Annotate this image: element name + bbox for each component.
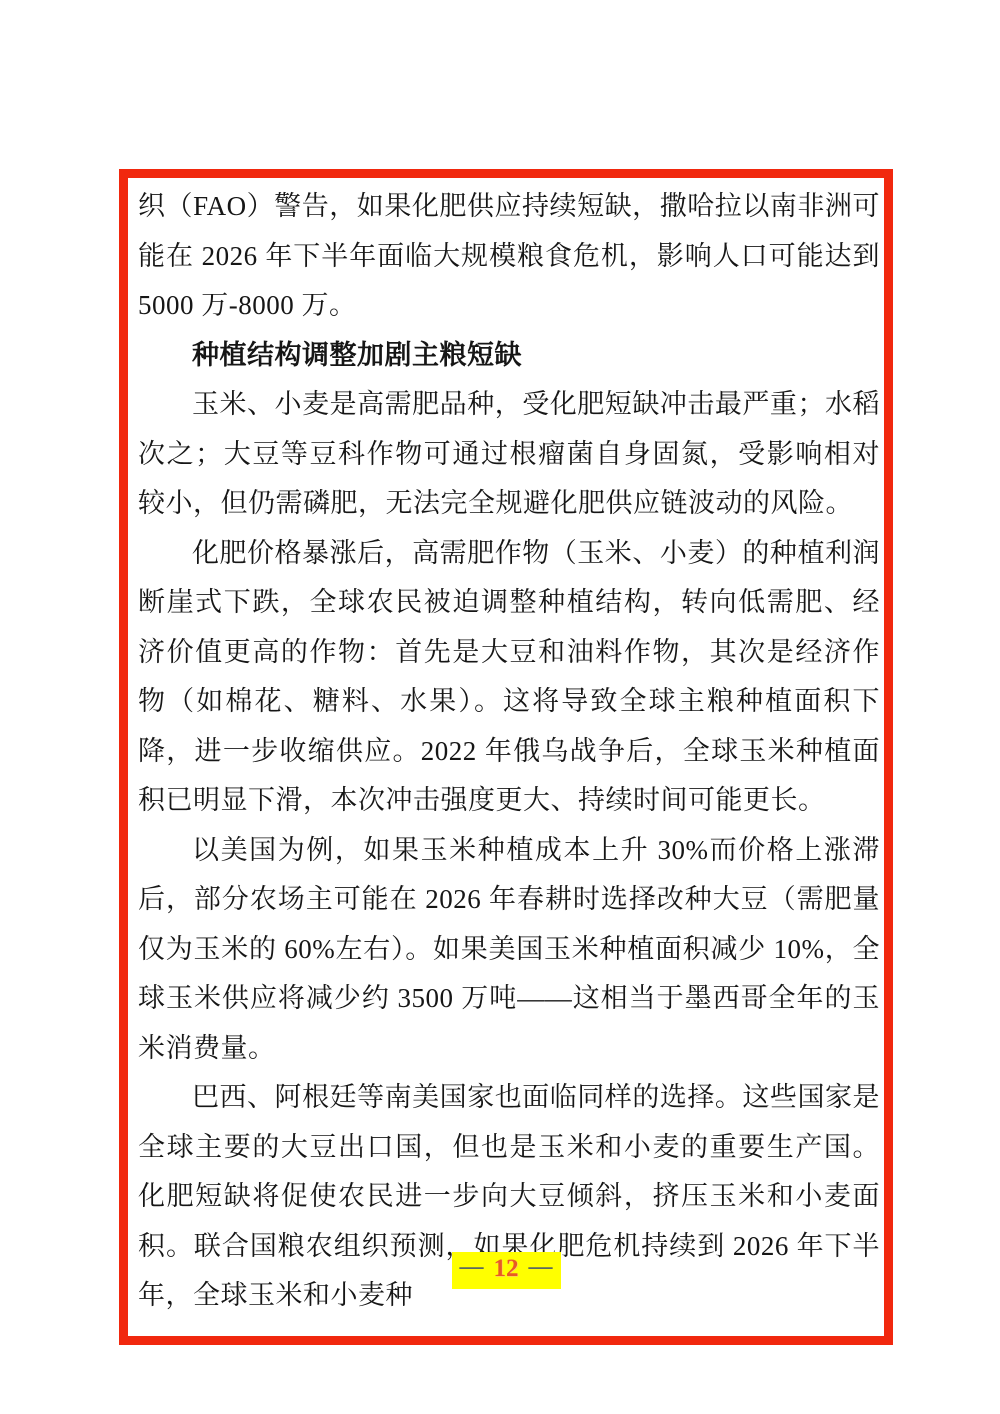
document-body: 织（FAO）警告，如果化肥供应持续短缺，撒哈拉以南非洲可能在 2026 年下半年…	[138, 182, 880, 1321]
paragraph: 以美国为例，如果玉米种植成本上升 30%而价格上涨滞后，部分农场主可能在 202…	[138, 826, 880, 1074]
page-footer: —12—	[128, 1252, 884, 1289]
red-border-frame: 织（FAO）警告，如果化肥供应持续短缺，撒哈拉以南非洲可能在 2026 年下半年…	[119, 169, 893, 1345]
page-number: 12	[494, 1255, 519, 1282]
page-number-dash-left: —	[460, 1254, 484, 1280]
paragraph: 织（FAO）警告，如果化肥供应持续短缺，撒哈拉以南非洲可能在 2026 年下半年…	[138, 182, 880, 331]
section-heading: 种植结构调整加剧主粮短缺	[138, 331, 880, 381]
paragraph: 玉米、小麦是高需肥品种，受化肥短缺冲击最严重；水稻次之；大豆等豆科作物可通过根瘤…	[138, 380, 880, 529]
page-number-highlight: —12—	[452, 1252, 561, 1289]
paragraph: 化肥价格暴涨后，高需肥作物（玉米、小麦）的种植利润断崖式下跌，全球农民被迫调整种…	[138, 529, 880, 826]
page-number-dash-right: —	[529, 1254, 553, 1280]
